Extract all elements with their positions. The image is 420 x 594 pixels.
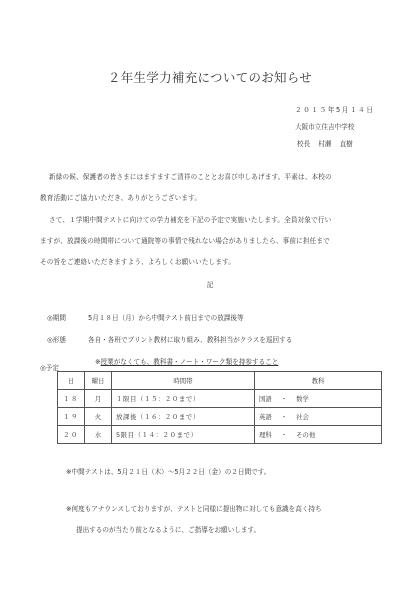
principal-surname: 村瀬 xyxy=(318,140,331,148)
period-label: ◎期間 xyxy=(47,312,66,322)
table-row: １８ 月 １限目（１５：２０まで） 国語・数学 xyxy=(58,390,382,408)
format-value: 各自・各班でプリント教材に取り組み、教科担当がクラスを巡回する xyxy=(88,334,292,344)
body-paragraph-2-line-1: さて、１学期中間テストに向けての学力補充を下記の予定で実施いたします。全員対象で… xyxy=(49,214,331,224)
schedule-table: 日 曜日 時間帯 教科 １８ 月 １限目（１５：２０まで） 国語・数学 １９ 火… xyxy=(57,371,382,444)
cell-weekday: 水 xyxy=(85,426,112,444)
subject-a: 英語 xyxy=(259,413,272,421)
cell-day: １９ xyxy=(58,408,85,426)
subject-separator: ・ xyxy=(281,395,287,403)
document-title: ２年生学力補充についてのお知らせ xyxy=(0,68,420,86)
header-time: 時間帯 xyxy=(112,372,255,390)
principal-given-name: 直樹 xyxy=(340,140,353,148)
header-subject: 教科 xyxy=(255,372,382,390)
format-label: ◎形態 xyxy=(47,334,66,344)
cell-day: １８ xyxy=(58,390,85,408)
bring-materials-text: 授業がなくても、教科書・ノート・ワーク類を持参すること xyxy=(101,358,279,366)
cell-day: ２０ xyxy=(58,426,85,444)
subject-b: その他 xyxy=(296,431,315,439)
cell-weekday: 月 xyxy=(85,390,112,408)
cell-subjects: 英語・社会 xyxy=(255,408,382,426)
cell-time: １限目（１５：２０まで） xyxy=(112,390,255,408)
header-weekday: 曜日 xyxy=(85,372,112,390)
cell-time: 5限目（１４：２０まで） xyxy=(112,426,255,444)
subject-a: 国語 xyxy=(259,395,272,403)
table-row: １９ 火 放課後（１６：２０まで） 英語・社会 xyxy=(58,408,382,426)
subject-separator: ・ xyxy=(281,413,287,421)
cell-subjects: 国語・数学 xyxy=(255,390,382,408)
principal-role: 校長 xyxy=(297,140,310,148)
submission-note-line-2: 提出するのが当たり前となるように、ご指導をお願いします。 xyxy=(76,524,260,534)
subject-b: 社会 xyxy=(296,413,309,421)
bring-materials-note: ※授業がなくても、教科書・ノート・ワーク類を持参すること xyxy=(95,356,278,366)
schedule-header-row: 日 曜日 時間帯 教科 xyxy=(58,372,382,390)
school-name: 大阪市立住吉中学校 xyxy=(295,121,354,131)
subject-separator: ・ xyxy=(281,431,287,439)
issue-date: ２０１５年5月１４日 xyxy=(295,104,375,114)
subject-b: 数学 xyxy=(296,395,309,403)
principal-signature: 校長 村瀬 直樹 xyxy=(297,138,359,148)
kigo-heading: 記 xyxy=(0,279,420,289)
submission-note-line-1: ※何度もアナウンスしておりますが、テストと同様に提出物に対しても意識を高く持ち xyxy=(66,503,322,513)
body-paragraph-2-line-3: その旨をご連絡いただきますよう、よろしくお願いいたします。 xyxy=(40,256,235,266)
body-paragraph-1-line-2: 教育活動にご協力いただき、ありがとうございます。 xyxy=(40,192,201,202)
header-day: 日 xyxy=(58,372,85,390)
subject-a: 理科 xyxy=(259,431,272,439)
table-row: ２０ 水 5限目（１４：２０まで） 理科・その他 xyxy=(58,426,382,444)
body-paragraph-1-line-1: 新緑の候、保護者の皆さまにはますますご清祥のこととお喜び申しあげます。平素は、本… xyxy=(49,171,332,181)
test-dates-note: ※中間テストは、5月２１日（木）～5月２２日（金）の２日間です。 xyxy=(66,466,270,476)
cell-weekday: 火 xyxy=(85,408,112,426)
body-paragraph-2-line-2: ますが、放課後の時間帯について通院等の事情で残れない場合がありましたら、事前に担… xyxy=(40,235,330,245)
cell-time: 放課後（１６：２０まで） xyxy=(112,408,255,426)
period-value: 5月１８日（月）から中間テスト前日までの放課後等 xyxy=(88,312,244,322)
cell-subjects: 理科・その他 xyxy=(255,426,382,444)
